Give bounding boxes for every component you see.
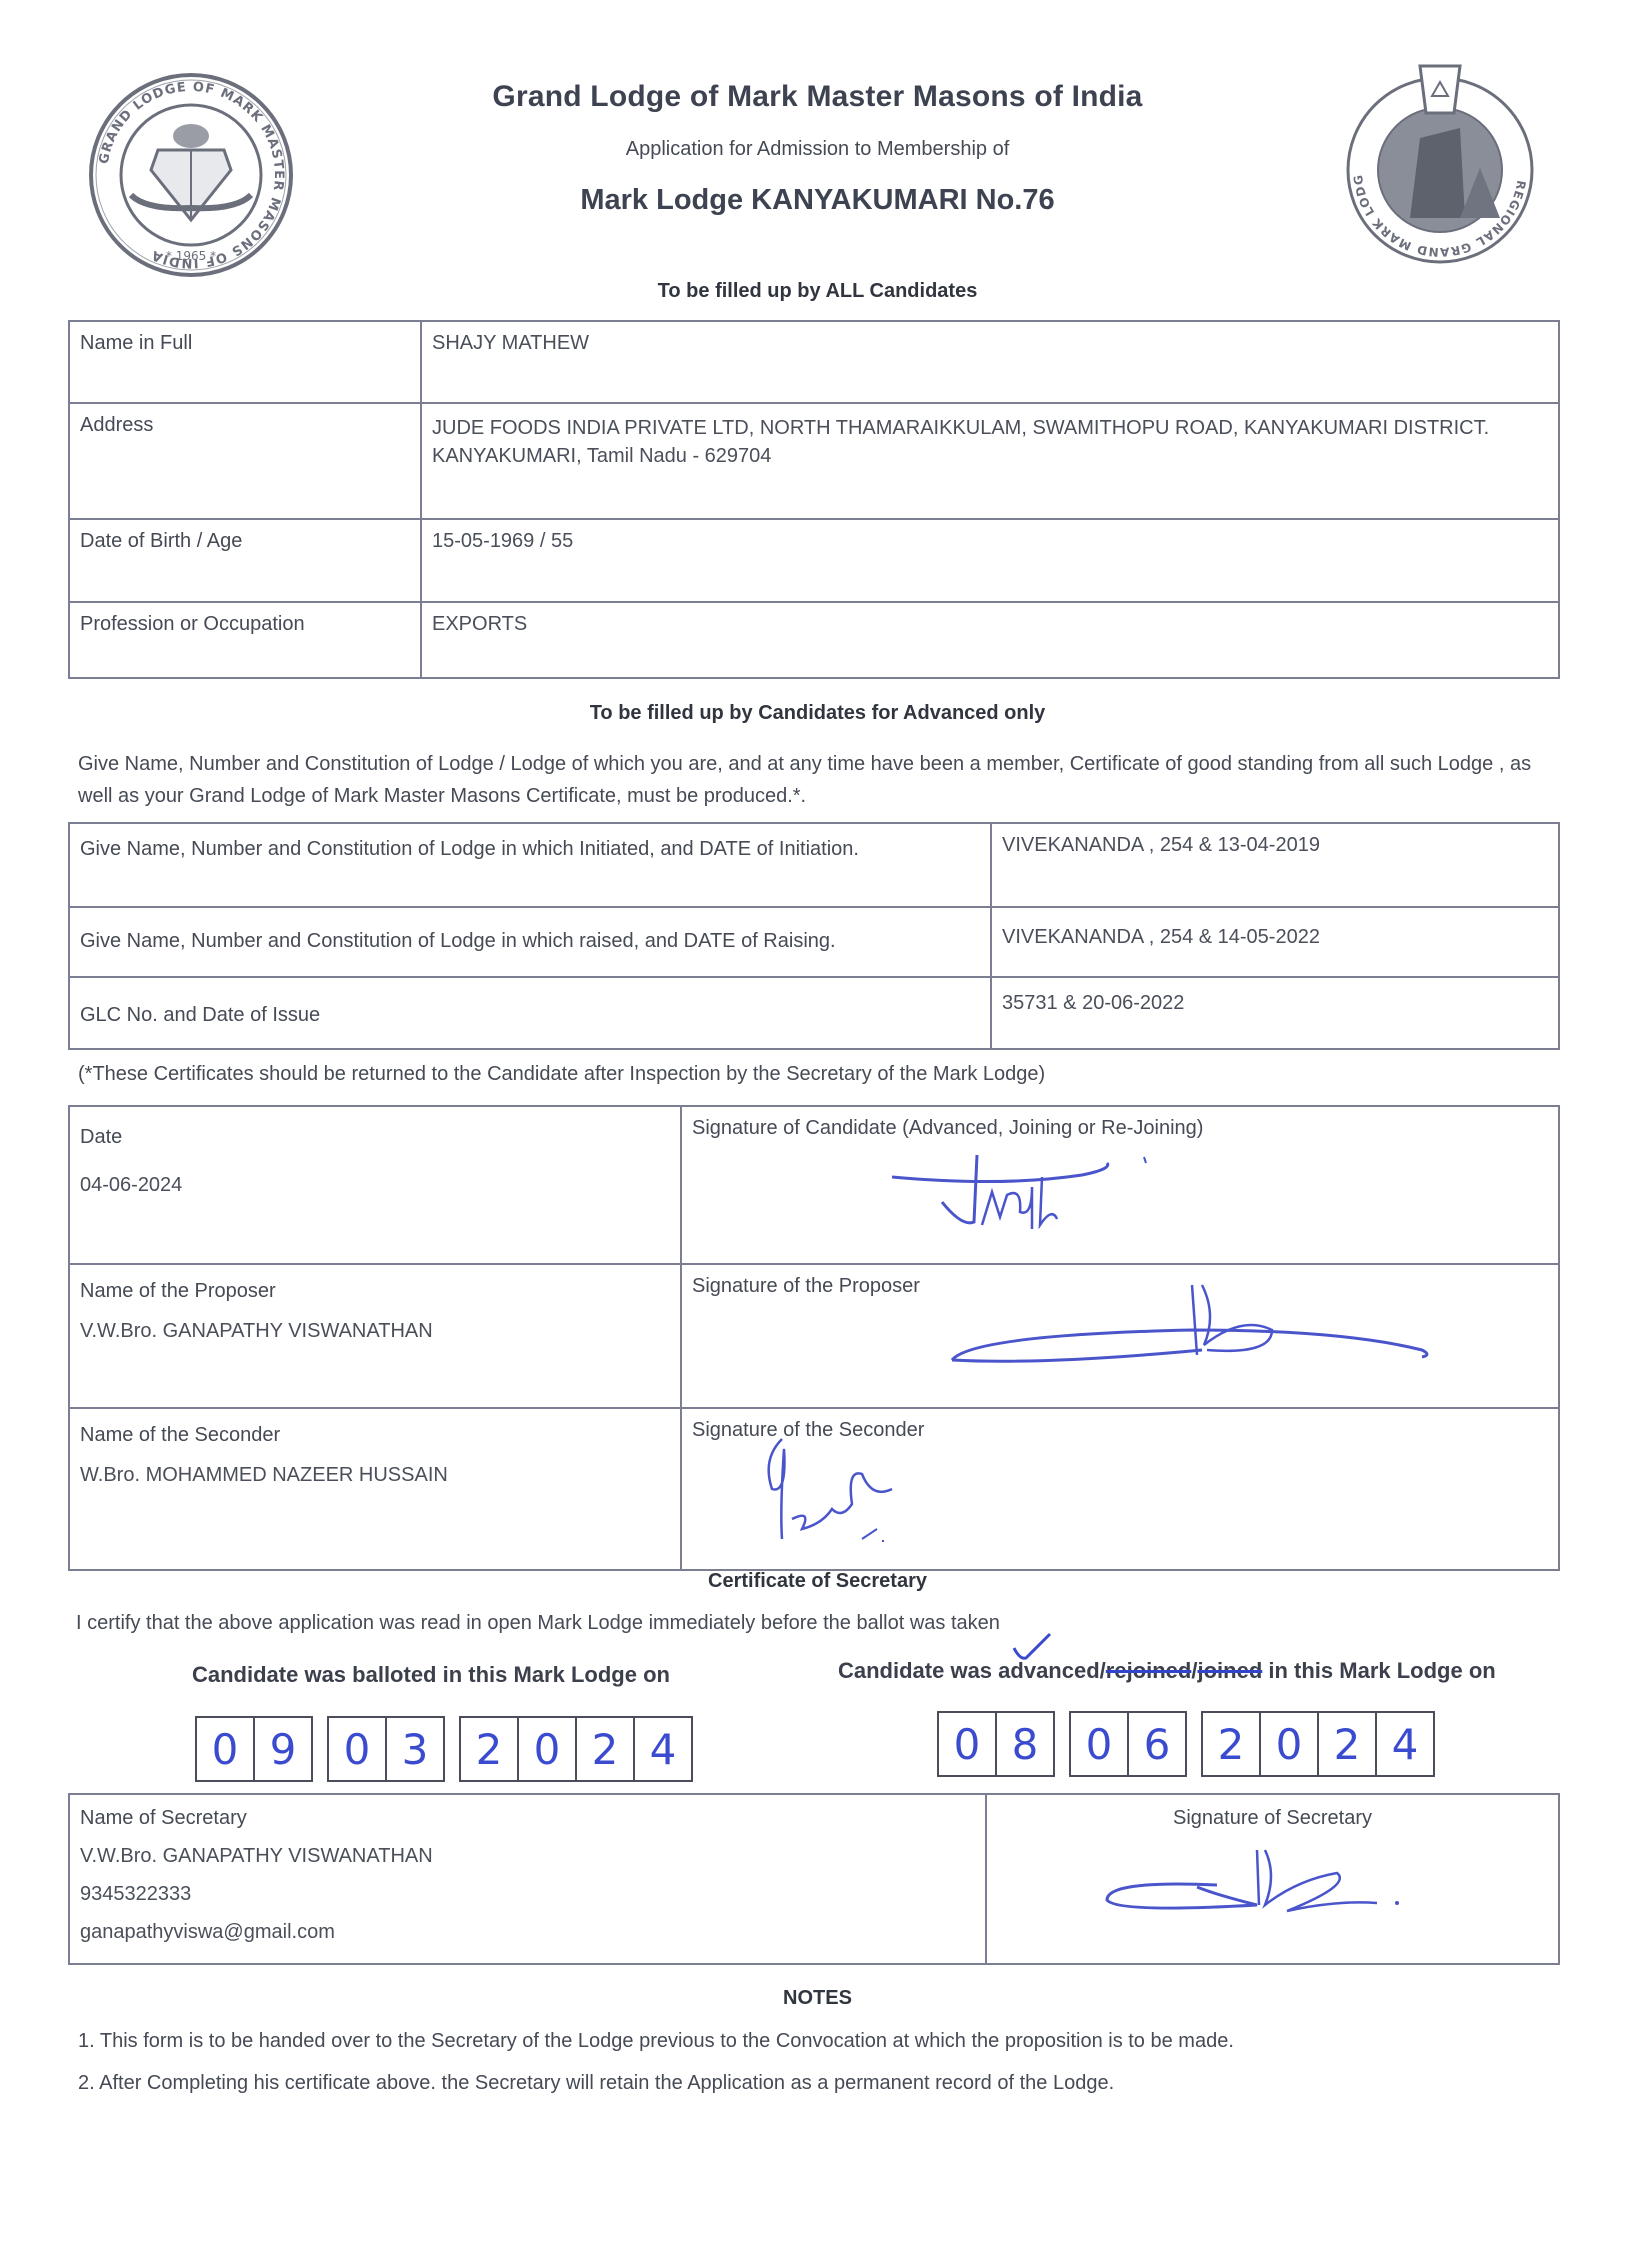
seconder-label: Name of the Seconder xyxy=(80,1415,670,1455)
all-candidates-heading: To be filled up by ALL Candidates xyxy=(0,280,1635,303)
digit-box[interactable]: 0 xyxy=(939,1713,997,1775)
seconder-name-field[interactable]: W.Bro. MOHAMMED NAZEER HUSSAIN xyxy=(80,1455,670,1495)
note-item: 1. This form is to be handed over to the… xyxy=(78,2030,1234,2053)
balloted-date-boxes[interactable]: 0 9 0 3 2 0 2 4 xyxy=(195,1716,693,1782)
digit-box[interactable]: 8 xyxy=(997,1713,1053,1775)
digit-box[interactable]: 4 xyxy=(635,1718,691,1780)
date-cell: Date 04-06-2024 xyxy=(69,1106,681,1264)
certificate-statement: I certify that the above application was… xyxy=(76,1612,1000,1635)
glc-field[interactable]: 35731 & 20-06-2022 xyxy=(991,977,1559,1049)
document-title: Grand Lodge of Mark Master Masons of Ind… xyxy=(0,80,1635,114)
advanced-label-prefix: Candidate was xyxy=(838,1658,998,1683)
secretary-email-field[interactable]: ganapathyviswa@gmail.com xyxy=(80,1913,975,1951)
dob-age-field[interactable]: 15-05-1969 / 55 xyxy=(421,519,1559,602)
table-row: Give Name, Number and Constitution of Lo… xyxy=(69,907,1559,977)
secretary-signature-cell[interactable]: Signature of Secretary xyxy=(986,1794,1559,1964)
candidate-signature-cell[interactable]: Signature of Candidate (Advanced, Joinin… xyxy=(681,1106,1559,1264)
table-row: Profession or Occupation EXPORTS xyxy=(69,602,1559,678)
table-row: Name of the Proposer V.W.Bro. GANAPATHY … xyxy=(69,1264,1559,1408)
month-boxes: 0 6 xyxy=(1069,1711,1187,1777)
digit-box[interactable]: 2 xyxy=(461,1718,519,1780)
address-field[interactable]: JUDE FOODS INDIA PRIVATE LTD, NORTH THAM… xyxy=(421,403,1559,519)
year-boxes: 2 0 2 4 xyxy=(459,1716,693,1782)
digit-box[interactable]: 0 xyxy=(1261,1713,1319,1775)
date-field[interactable]: 04-06-2024 xyxy=(80,1161,670,1209)
candidate-details-table: Name in Full SHAJY MATHEW Address JUDE F… xyxy=(68,320,1560,679)
field-label: Address xyxy=(69,403,421,519)
certificates-footnote: (*These Certificates should be returned … xyxy=(78,1058,1558,1090)
advanced-instructions: Give Name, Number and Constitution of Lo… xyxy=(78,748,1558,812)
table-row: Date of Birth / Age 15-05-1969 / 55 xyxy=(69,519,1559,602)
document-subtitle: Application for Admission to Membership … xyxy=(0,138,1635,161)
name-field[interactable]: SHAJY MATHEW xyxy=(421,321,1559,403)
field-label: Profession or Occupation xyxy=(69,602,421,678)
candidate-signature-label: Signature of Candidate (Advanced, Joinin… xyxy=(692,1117,1548,1140)
proposer-label: Name of the Proposer xyxy=(80,1271,670,1311)
year-boxes: 2 0 2 4 xyxy=(1201,1711,1435,1777)
table-row: Name in Full SHAJY MATHEW xyxy=(69,321,1559,403)
note-item: 2. After Completing his certificate abov… xyxy=(78,2072,1114,2095)
option-rejoined-struck[interactable]: rejoined xyxy=(1106,1658,1192,1683)
digit-box[interactable]: 0 xyxy=(197,1718,255,1780)
secretary-phone-field[interactable]: 9345322333 xyxy=(80,1875,975,1913)
month-boxes: 0 3 xyxy=(327,1716,445,1782)
digit-box[interactable]: 2 xyxy=(1203,1713,1261,1775)
balloted-label: Candidate was balloted in this Mark Lodg… xyxy=(192,1662,670,1688)
day-boxes: 0 8 xyxy=(937,1711,1055,1777)
digit-box[interactable]: 6 xyxy=(1129,1713,1185,1775)
seconder-cell: Name of the Seconder W.Bro. MOHAMMED NAZ… xyxy=(69,1408,681,1570)
seconder-signature-cell[interactable]: Signature of the Seconder xyxy=(681,1408,1559,1570)
proposer-name-field[interactable]: V.W.Bro. GANAPATHY VISWANATHAN xyxy=(80,1311,670,1351)
digit-box[interactable]: 0 xyxy=(1071,1713,1129,1775)
field-label: Name in Full xyxy=(69,321,421,403)
table-row: Address JUDE FOODS INDIA PRIVATE LTD, NO… xyxy=(69,403,1559,519)
advanced-details-table: Give Name, Number and Constitution of Lo… xyxy=(68,822,1560,1050)
digit-box[interactable]: 2 xyxy=(577,1718,635,1780)
initiation-field[interactable]: VIVEKANANDA , 254 & 13-04-2019 xyxy=(991,823,1559,907)
digit-box[interactable]: 4 xyxy=(1377,1713,1433,1775)
advanced-date-boxes[interactable]: 0 8 0 6 2 0 2 4 xyxy=(937,1711,1435,1777)
candidate-signature-icon xyxy=(882,1147,1212,1237)
secretary-name-label: Name of Secretary xyxy=(80,1799,975,1837)
digit-box[interactable]: 2 xyxy=(1319,1713,1377,1775)
secretary-name-field[interactable]: V.W.Bro. GANAPATHY VISWANATHAN xyxy=(80,1837,975,1875)
field-label: Give Name, Number and Constitution of Lo… xyxy=(69,823,991,907)
secretary-details-cell: Name of Secretary V.W.Bro. GANAPATHY VIS… xyxy=(69,1794,986,1964)
table-row: Name of the Seconder W.Bro. MOHAMMED NAZ… xyxy=(69,1408,1559,1570)
advanced-label: Candidate was advanced/rejoined/joined i… xyxy=(838,1658,1496,1684)
digit-box[interactable]: 0 xyxy=(519,1718,577,1780)
secretary-signature-label: Signature of Secretary xyxy=(997,1807,1548,1830)
field-label: Give Name, Number and Constitution of Lo… xyxy=(69,907,991,977)
proposer-signature-cell[interactable]: Signature of the Proposer xyxy=(681,1264,1559,1408)
seconder-signature-icon xyxy=(742,1429,982,1549)
field-label: Date of Birth / Age xyxy=(69,519,421,602)
secretary-table: Name of Secretary V.W.Bro. GANAPATHY VIS… xyxy=(68,1793,1560,1965)
option-joined-struck[interactable]: joined xyxy=(1197,1658,1262,1683)
table-row: Give Name, Number and Constitution of Lo… xyxy=(69,823,1559,907)
table-row: Date 04-06-2024 Signature of Candidate (… xyxy=(69,1106,1559,1264)
secretary-signature-icon xyxy=(1097,1845,1417,1925)
day-boxes: 0 9 xyxy=(195,1716,313,1782)
advanced-label-suffix: in this Mark Lodge on xyxy=(1262,1658,1495,1683)
lodge-name: Mark Lodge KANYAKUMARI No.76 xyxy=(0,184,1635,217)
table-row: Name of Secretary V.W.Bro. GANAPATHY VIS… xyxy=(69,1794,1559,1964)
digit-box[interactable]: 3 xyxy=(387,1718,443,1780)
raising-field[interactable]: VIVEKANANDA , 254 & 14-05-2022 xyxy=(991,907,1559,977)
field-label: GLC No. and Date of Issue xyxy=(69,977,991,1049)
signatures-table: Date 04-06-2024 Signature of Candidate (… xyxy=(68,1105,1560,1571)
proposer-cell: Name of the Proposer V.W.Bro. GANAPATHY … xyxy=(69,1264,681,1408)
date-label: Date xyxy=(80,1113,670,1161)
digit-box[interactable]: 9 xyxy=(255,1718,311,1780)
proposer-signature-icon xyxy=(942,1275,1442,1375)
advanced-heading: To be filled up by Candidates for Advanc… xyxy=(0,702,1635,725)
svg-text:* 1965 *: * 1965 * xyxy=(166,249,216,263)
profession-field[interactable]: EXPORTS xyxy=(421,602,1559,678)
checkmark-icon xyxy=(1010,1630,1054,1664)
certificate-heading: Certificate of Secretary xyxy=(0,1570,1635,1593)
table-row: GLC No. and Date of Issue 35731 & 20-06-… xyxy=(69,977,1559,1049)
notes-heading: NOTES xyxy=(0,1987,1635,2010)
digit-box[interactable]: 0 xyxy=(329,1718,387,1780)
